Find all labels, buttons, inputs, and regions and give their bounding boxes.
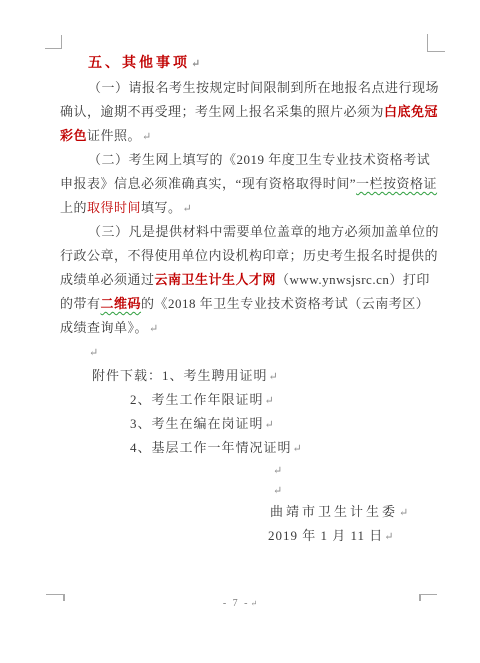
page-number-text: - 7 - [223,598,250,609]
paragraph-2-line-2: 申报表》信息必须准确真实，“现有资格取得时间”一栏按资格证 [60,172,432,196]
attachment-label: 附件下载： [92,368,162,383]
spellcheck-wavy-text: 一栏按资格证 [356,176,437,191]
paragraph-mark-icon: ↵ [272,485,282,497]
paragraph-text: 填写。 [141,200,182,215]
empty-line: ↵ [60,460,432,480]
paragraph-text: （一）请报名考生按规定时间限制到所在地报名点进行现场 [88,80,439,95]
attachment-list-line-1: 附件下载：1、考生聘用证明↵ [60,364,432,388]
attachment-list-line-3: 3、考生在编在岗证明↵ [60,412,432,436]
highlight-red-text: 彩色 [60,128,87,143]
paragraph-2-line-1: （二）考生网上填写的《2019 年度卫生专业技术资格考试 [60,148,432,172]
paragraph-mark-icon: ↵ [268,371,278,383]
paragraph-mark-icon: ↵ [249,599,257,608]
attachment-list-line-4: 4、基层工作一年情况证明↵ [60,436,432,460]
document-page: 五、其他事项↵ （一）请报名考生按规定时间限制到所在地报名点进行现场 确认，逾期… [0,0,480,663]
date-text: 2019 年 1 月 11 日 [268,528,383,543]
attachment-item-3: 3、考生在编在岗证明 [130,416,264,431]
crop-mark-top-left-vertical [61,35,62,49]
paragraph-mark-icon: ↵ [264,419,274,431]
paragraph-1-line-1: （一）请报名考生按规定时间限制到所在地报名点进行现场 [60,76,432,100]
paragraph-text: 的带有 [60,296,101,311]
section-heading-text: 五、其他事项 [88,56,190,71]
crop-mark-bottom-right-horizontal [419,594,437,595]
paragraph-text: 申报表》信息必须准确真实，“现有资格取得时间” [60,176,356,191]
paragraph-mark-icon: ↵ [398,507,408,519]
signature-organization: 曲靖市卫生计生委↵ [60,500,432,524]
website-url-text: （www.ynwsjsrc.cn）打印 [276,272,430,287]
paragraph-text: 行政公章，不得使用单位内设机构印章；历史考生报名时提供的 [60,248,438,263]
attachment-item-1: 1、考生聘用证明 [162,368,268,383]
paragraph-3-line-4: 的带有二维码的《2018 年卫生专业技术资格考试（云南考区） [60,292,432,316]
paragraph-text: 成绩查询单》。 [60,320,148,335]
paragraph-text: 上的 [60,200,87,215]
paragraph-mark-icon: ↵ [141,131,151,143]
paragraph-1-line-3: 彩色证件照。↵ [60,124,432,148]
document-body: 五、其他事项↵ （一）请报名考生按规定时间限制到所在地报名点进行现场 确认，逾期… [60,52,432,548]
paragraph-text: （三）凡是提供材料中需要单位盖章的地方必须加盖单位的 [88,224,439,239]
page-number: - 7 -↵ [0,598,480,609]
paragraph-3-line-5: 成绩查询单》。↵ [60,316,432,340]
paragraph-text: 证件照。 [87,128,141,143]
signature-date: 2019 年 1 月 11 日↵ [60,524,432,548]
attachment-item-2: 2、考生工作年限证明 [130,392,264,407]
paragraph-2-line-3: 上的取得时间填写。↵ [60,196,432,220]
section-heading: 五、其他事项↵ [60,52,432,76]
paragraph-mark-icon: ↵ [88,347,98,359]
attachment-item-4: 4、基层工作一年情况证明 [130,440,292,455]
crop-mark-top-left-horizontal [45,48,62,49]
paragraph-3-line-2: 行政公章，不得使用单位内设机构印章；历史考生报名时提供的 [60,244,432,268]
paragraph-mark-icon: ↵ [190,58,200,70]
paragraph-mark-icon: ↵ [292,443,302,455]
empty-line: ↵ [60,480,432,500]
paragraph-mark-icon: ↵ [264,395,274,407]
paragraph-mark-icon: ↵ [383,531,393,543]
highlight-red-text: 云南卫生计生人才网 [155,272,277,287]
paragraph-mark-icon: ↵ [182,203,192,215]
attachment-list-line-2: 2、考生工作年限证明↵ [60,388,432,412]
paragraph-mark-icon: ↵ [148,323,158,335]
paragraph-3-line-3: 成绩单必须通过云南卫生计生人才网（www.ynwsjsrc.cn）打印 [60,268,432,292]
paragraph-1-line-2: 确认，逾期不再受理；考生网上报名采集的照片必须为白底免冠 [60,100,432,124]
highlight-red-text: 白底免冠 [384,104,438,119]
highlight-red-wavy-text: 二维码 [101,296,142,311]
paragraph-text: （二）考生网上填写的《2019 年度卫生专业技术资格考试 [88,152,430,167]
paragraph-text: 的《2018 年卫生专业技术资格考试（云南考区） [141,296,429,311]
empty-line: ↵ [60,340,432,364]
organization-name: 曲靖市卫生计生委 [270,504,398,519]
paragraph-3-line-1: （三）凡是提供材料中需要单位盖章的地方必须加盖单位的 [60,220,432,244]
paragraph-mark-icon: ↵ [272,465,282,477]
highlight-red-text: 取得时间 [87,200,141,215]
crop-mark-bottom-left-horizontal [46,594,64,595]
paragraph-text: 成绩单必须通过 [60,272,155,287]
crop-mark-top-right-vertical [427,34,428,52]
paragraph-text: 确认，逾期不再受理；考生网上报名采集的照片必须为 [60,104,384,119]
